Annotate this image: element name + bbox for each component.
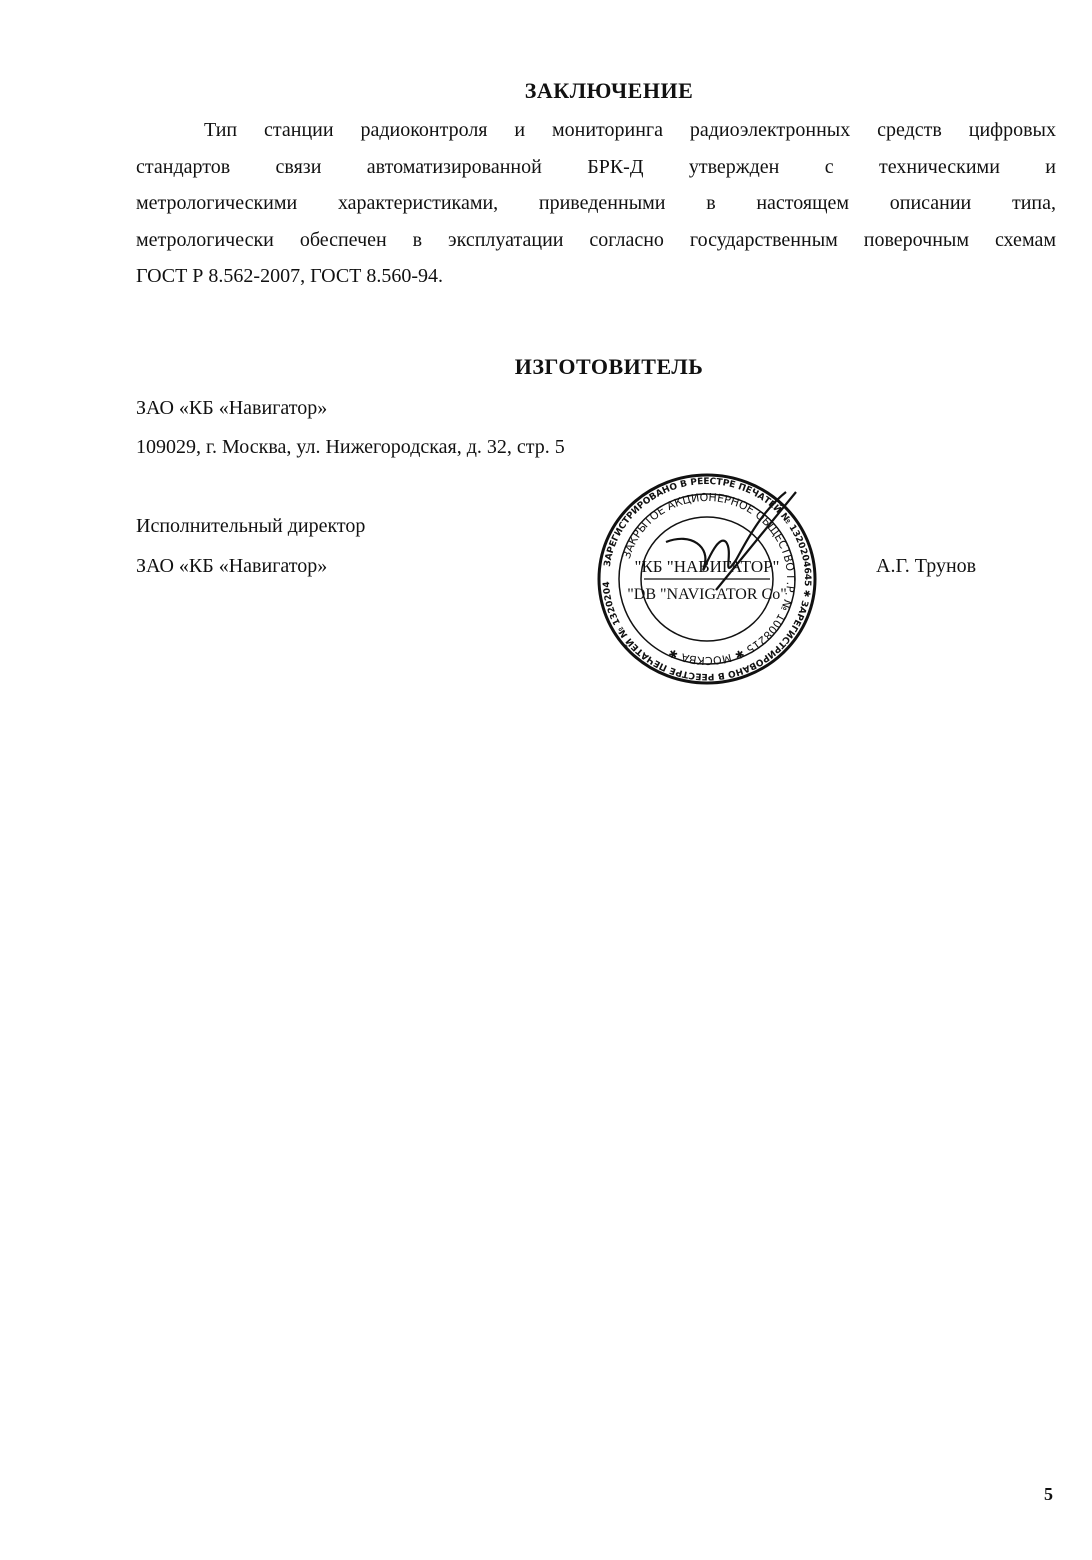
conclusion-line-4: метрологически обеспечен в эксплуатации …	[136, 222, 1056, 259]
conclusion-paragraph: Тип станции радиоконтроля и мониторинга …	[136, 112, 1056, 295]
conclusion-line-5: ГОСТ Р 8.562-2007, ГОСТ 8.560-94.	[136, 258, 1056, 295]
page-number: 5	[1044, 1484, 1053, 1505]
company-seal-stamp: ЗАРЕГИСТРИРОВАНО В РЕЕСТРЕ ПЕЧАТЕЙ № 132…	[596, 472, 818, 686]
conclusion-line-2: стандартов связи автоматизированной БРК-…	[136, 149, 1056, 186]
conclusion-heading: ЗАКЛЮЧЕНИЕ	[0, 78, 1092, 104]
signatory-organization: ЗАО «КБ «Навигатор»	[136, 555, 327, 578]
signatory-position: Исполнительный директор	[136, 515, 365, 538]
manufacturer-name: ЗАО «КБ «Навигатор»	[136, 397, 327, 420]
stamp-center-en: "DB "NAVIGATOR Co"	[627, 586, 786, 603]
document-page: ЗАКЛЮЧЕНИЕ Тип станции радиоконтроля и м…	[0, 0, 1092, 1560]
manufacturer-heading: ИЗГОТОВИТЕЛЬ	[0, 354, 1092, 380]
conclusion-line-1: Тип станции радиоконтроля и мониторинга …	[136, 112, 1056, 149]
conclusion-line-3: метрологическими характеристиками, приве…	[136, 185, 1056, 222]
manufacturer-address: 109029, г. Москва, ул. Нижегородская, д.…	[136, 436, 565, 459]
signatory-name: А.Г. Трунов	[876, 555, 976, 578]
